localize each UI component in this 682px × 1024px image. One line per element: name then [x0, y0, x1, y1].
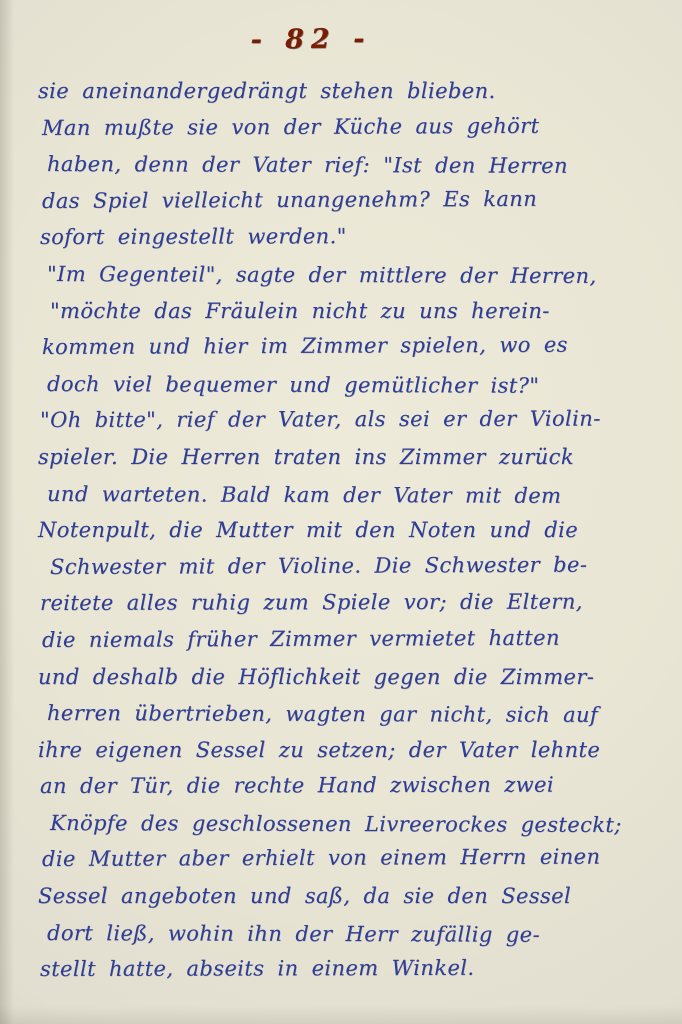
handwritten-line: haben, denn der Vater rief: "Ist den Her… [47, 146, 652, 185]
handwritten-line: dort ließ, wohin ihn der Herr zufällig g… [47, 915, 652, 954]
handwritten-line: stellt hatte, abseits in einem Winkel. [40, 950, 652, 988]
manuscript-page: - 82 - sie aneinandergedrängt stehen bli… [0, 0, 682, 1024]
handwritten-line: die Mutter aber erhielt von einem Herrn … [42, 839, 652, 878]
handwritten-line: und warteten. Bald kam der Vater mit dem [47, 476, 652, 515]
handwritten-line: die niemals früher Zimmer vermietet hatt… [42, 619, 652, 658]
handwritten-line: Schwester mit der Violine. Die Schwester… [50, 546, 652, 585]
handwritten-line: spieler. Die Herren traten ins Zimmer zu… [38, 439, 652, 476]
handwritten-line: "möchte das Fräulein nicht zu uns herein… [50, 293, 652, 330]
handwritten-line: reitete alles ruhig zum Spiele vor; die … [40, 584, 652, 622]
handwritten-line: Notenpult, die Mutter mit den Noten und … [38, 512, 652, 549]
handwritten-line: sofort eingestellt werden." [40, 218, 652, 256]
handwritten-line: "Oh bitte", rief der Vater, als sei er d… [40, 401, 652, 439]
handwritten-line: ihre eigenen Sessel zu setzen; der Vater… [38, 732, 652, 769]
handwritten-line: und deshalb die Höflichkeit gegen die Zi… [38, 659, 652, 696]
handwritten-line: Man mußte sie von der Küche aus gehört [42, 107, 652, 146]
handwritten-line: sie aneinandergedrängt stehen blieben. [38, 73, 652, 110]
handwritten-line: herren übertrieben, wagten gar nicht, si… [47, 695, 652, 734]
handwritten-line: an der Tür, die rechte Hand zwischen zwe… [40, 767, 652, 805]
handwritten-text-block: sie aneinandergedrängt stehen blieben. M… [38, 73, 652, 988]
handwritten-line: das Spiel vielleicht unangenehm? Es kann [42, 180, 652, 219]
handwritten-line: kommen und hier im Zimmer spielen, wo es [42, 326, 652, 365]
handwritten-line: Sessel angeboten und saß, da sie den Ses… [38, 878, 652, 915]
handwritten-line: "Im Gegenteil", sagte der mittlere der H… [47, 256, 652, 295]
page-number: - 82 - [4, 21, 618, 57]
handwritten-line: doch viel bequemer und gemütlicher ist?" [47, 366, 652, 405]
